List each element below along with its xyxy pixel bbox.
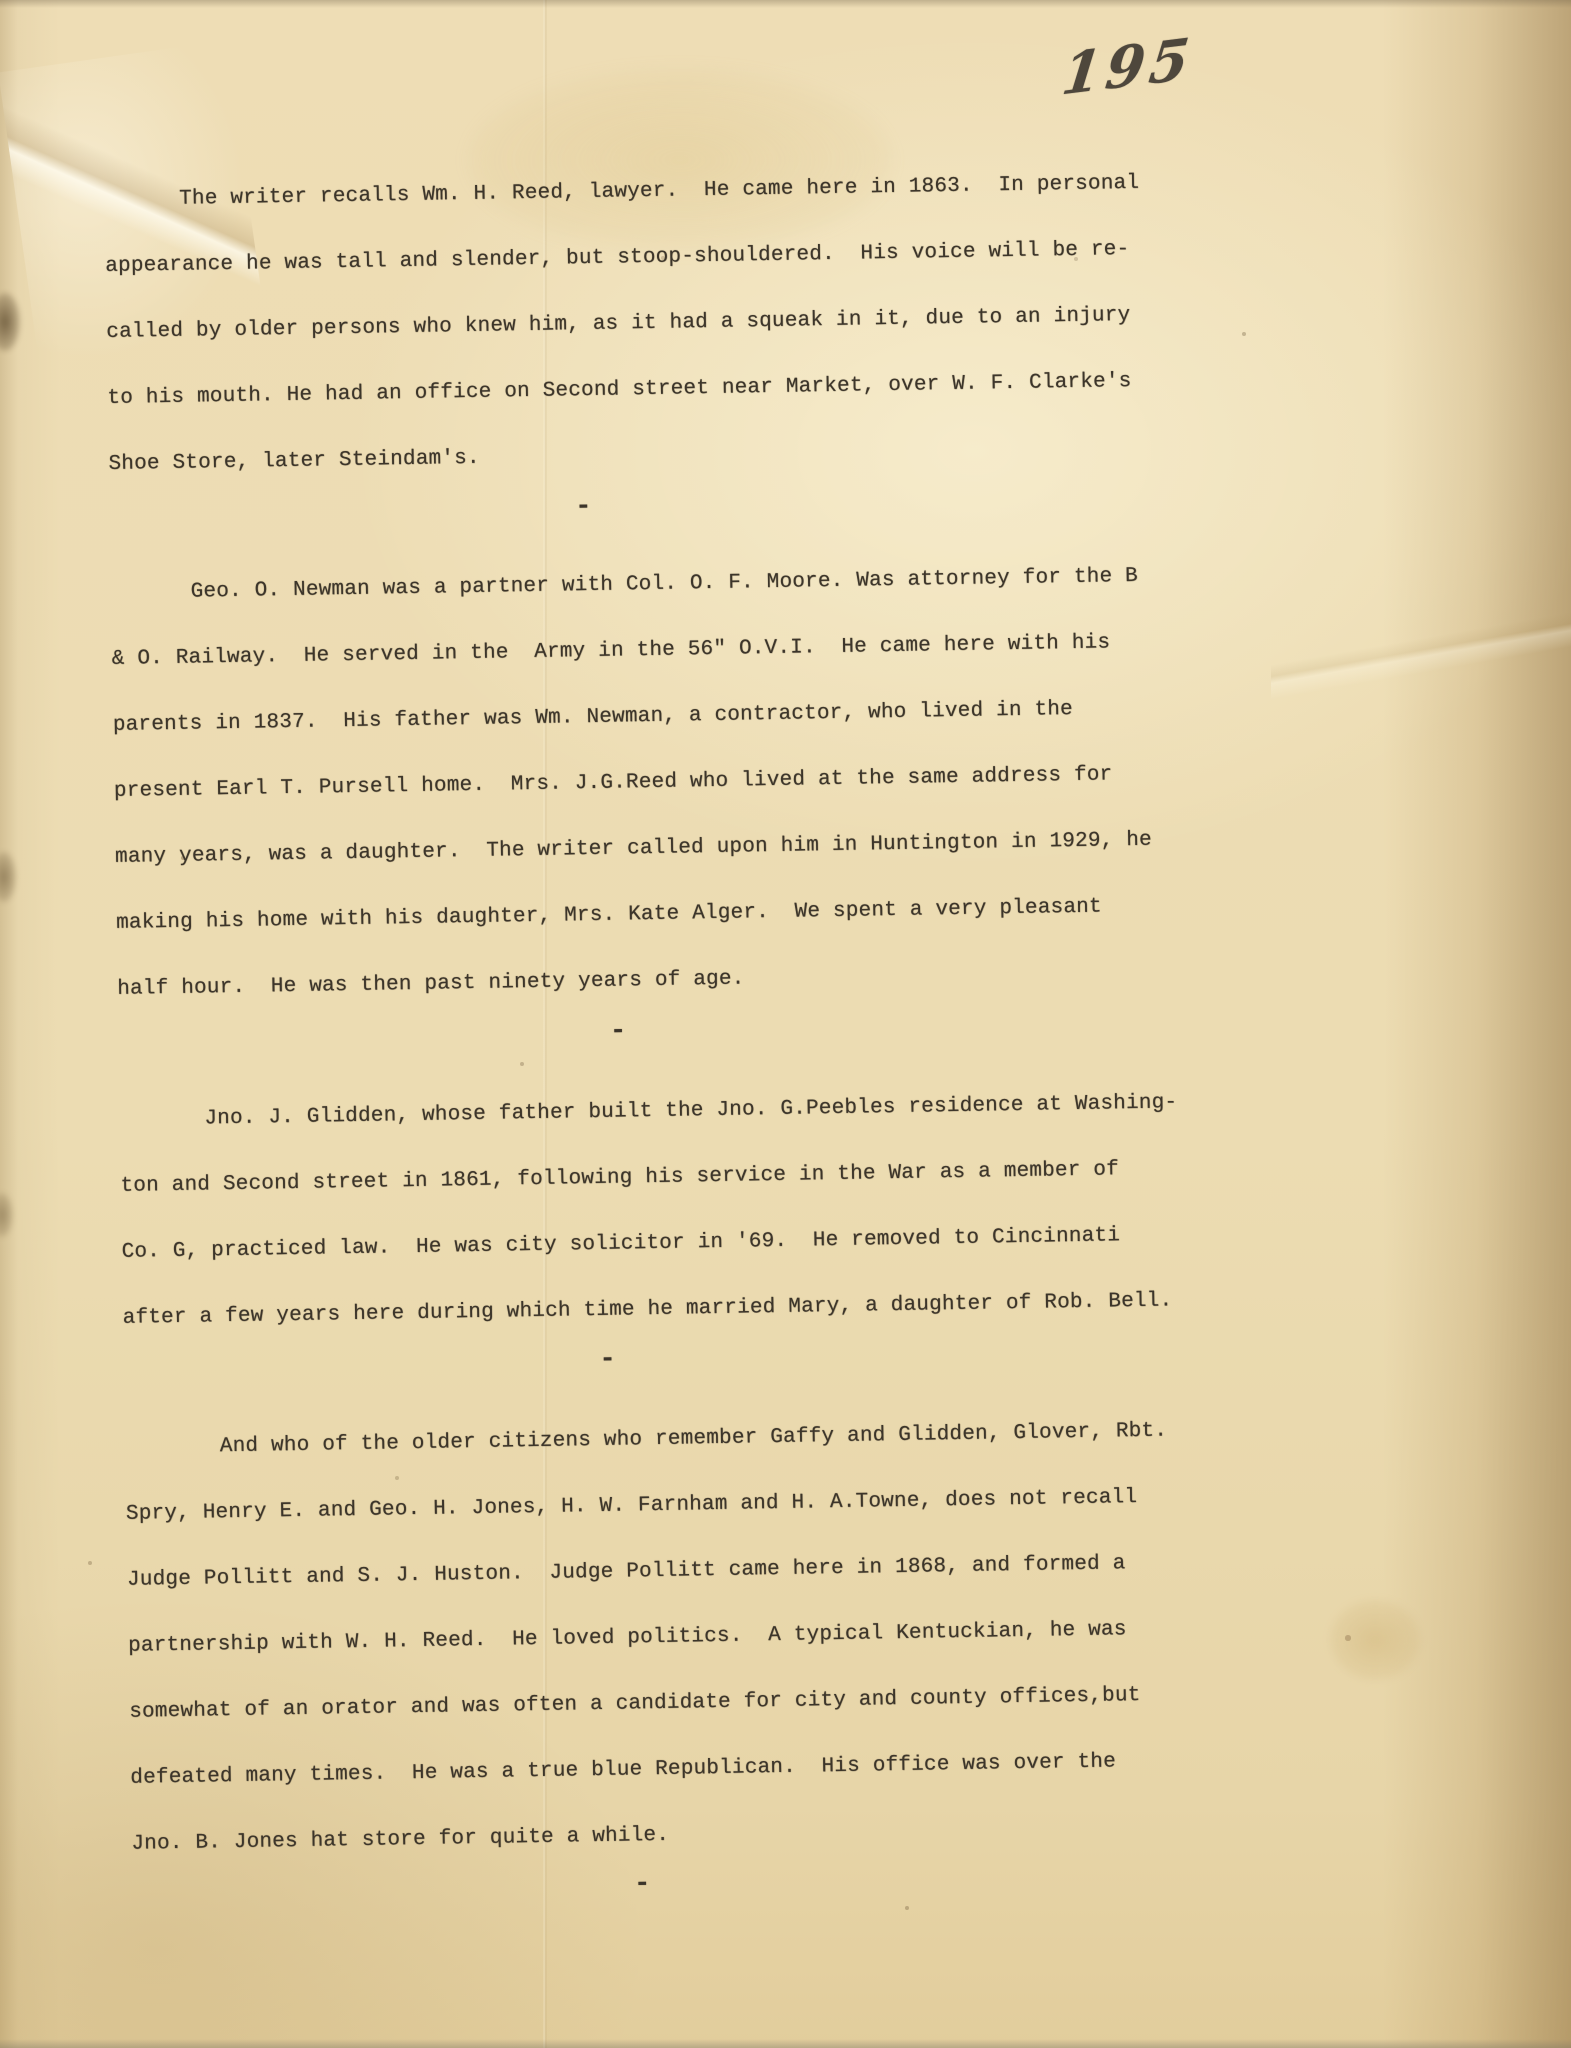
paragraph-wm-h-reed: The writer recalls Wm. H. Reed, lawyer. … [104, 146, 1409, 498]
section-separator: - [610, 1001, 627, 1061]
section-separator: - [634, 1854, 651, 1914]
section-separator: - [575, 477, 592, 537]
paragraph-judge-pollitt: And who of the older citizens who rememb… [124, 1394, 1431, 1877]
paragraph-geo-o-newman: Geo. O. Newman was a partner with Col. O… [110, 539, 1417, 1022]
paper-stain [0, 1193, 13, 1237]
document-page: 195 The writer recalls Wm. H. Reed, lawy… [0, 0, 1571, 2048]
paragraph-jno-j-glidden: Jno. J. Glidden, whose father built the … [119, 1066, 1423, 1352]
typed-text-layer: The writer recalls Wm. H. Reed, lawyer. … [0, 0, 1571, 2048]
section-separator: - [599, 1330, 616, 1390]
